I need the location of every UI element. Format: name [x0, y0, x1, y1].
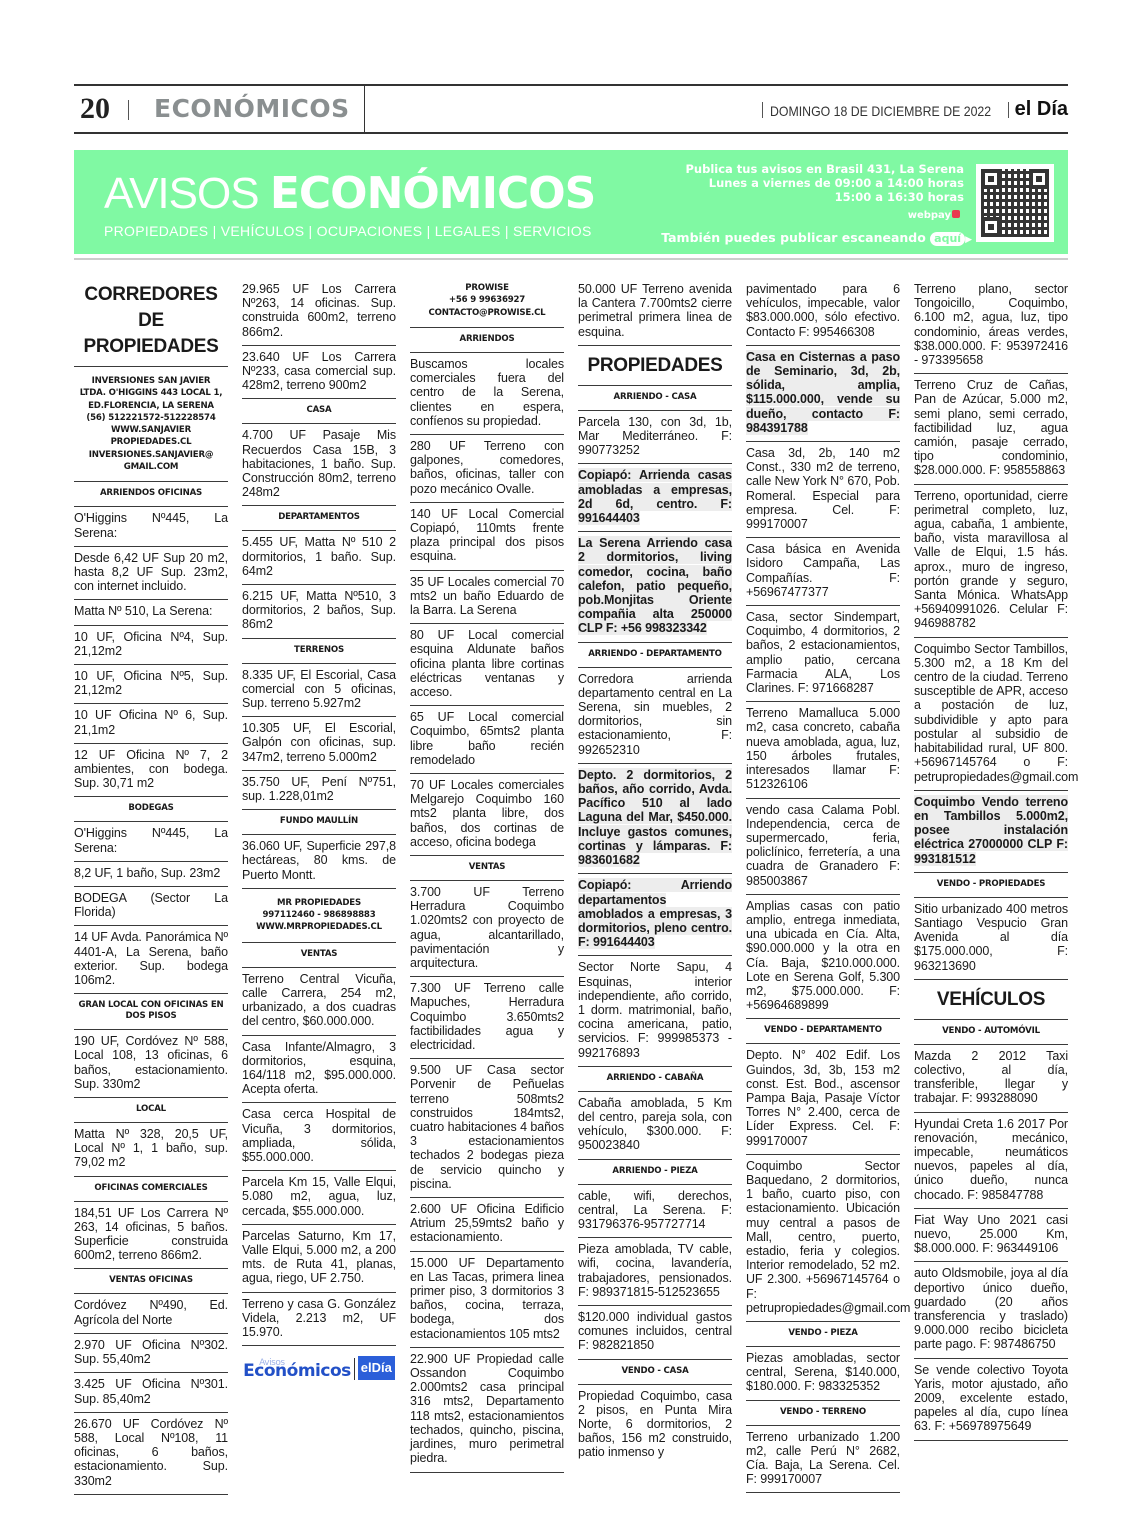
listing: O'Higgins Nº445, La Serena: [74, 822, 228, 861]
banner-title: AVISOS ECONÓMICOS [104, 168, 595, 219]
listing: Desde 6,42 UF Sup 20 m2, hasta 8,2 UF Su… [74, 547, 228, 601]
banner-categories: PROPIEDADES | VEHÍCULOS | OCUPACIONES | … [104, 223, 592, 239]
section-heading: PROPIEDADES [578, 346, 732, 386]
category-header: ARRIENDOS [410, 328, 564, 353]
listing: Parcela Km 15, Valle Elqui, 5.080 m2, ag… [242, 1171, 396, 1225]
category-header: ARRIENDO - DEPARTAMENTO [578, 643, 732, 668]
featured-listing: Depto. 2 dormitorios, 2 baños, año corri… [578, 764, 732, 874]
listing: 23.640 UF Los Carrera Nº233, casa comerc… [242, 346, 396, 400]
column-1: CORREDORES DE PROPIEDADES INVERSIONES SA… [74, 282, 228, 1495]
section-title: ECONÓMICOS [154, 94, 350, 123]
listing: 5.455 UF, Matta Nº 510 2 dormitorios, 1 … [242, 531, 396, 585]
agency-contact: INVERSIONES SAN JAVIER LTDA. O'HIGGINS 4… [74, 367, 228, 482]
category-header: ARRIENDO - PIEZA [578, 1160, 732, 1185]
category-header: CASA [242, 399, 396, 424]
category-header: LOCAL [74, 1098, 228, 1123]
listing: Pieza amoblada, TV cable, wifi, cocina, … [578, 1238, 732, 1306]
listing: Fiat Way Uno 2021 casi nuevo, 25.000 Km,… [914, 1209, 1068, 1263]
listing: Terreno urbanizado 1.200 m2, calle Perú … [746, 1426, 900, 1494]
banner-office-info: Publica tus avisos en Brasil 431, La Ser… [685, 162, 964, 204]
listing: Sector Norte Sapu, 4 Esquinas, interior … [578, 956, 732, 1066]
listing: 2.970 UF Oficina Nº302. Sup. 55,40m2 [74, 1334, 228, 1373]
column-2: 29.965 UF Los Carrera Nº263, 14 oficinas… [242, 282, 396, 1380]
category-header: VENDO - CASA [578, 1360, 732, 1385]
listing: Hyundai Creta 1.6 2017 Por renovación, m… [914, 1113, 1068, 1209]
listing: 15.000 UF Departamento en Las Tacas, pri… [410, 1252, 564, 1348]
category-header: VENDO - PROPIEDADES [914, 873, 1068, 898]
category-header: DEPARTAMENTOS [242, 506, 396, 531]
page-masthead: 20 ECONÓMICOS DOMINGO 18 DE DICIEMBRE DE… [74, 84, 1068, 134]
featured-listing: Copiapó: Arriendo departamentos amoblado… [578, 874, 732, 956]
category-header: VENDO - DEPARTAMENTO [746, 1019, 900, 1044]
listing: pavimentado para 6 vehículos, impecable,… [746, 282, 900, 346]
listing: 14 UF Avda. Panorámica Nº 4401-A, La Ser… [74, 926, 228, 994]
category-header: VENDO - PIEZA [746, 1322, 900, 1347]
category-header: VENDO - TERRENO [746, 1401, 900, 1426]
divider [354, 1358, 355, 1380]
listing: vendo casa Calama Pobl. Independencia, c… [746, 799, 900, 895]
listing: 70 UF Locales comerciales Melgarejo Coqu… [410, 774, 564, 856]
listing: Terreno, oportunidad, cierre perimetral … [914, 485, 1068, 638]
listing: Casa, sector Sindempart, Coquimbo, 4 dor… [746, 606, 900, 702]
listing: 140 UF Local Comercial Copiapó, 110mts f… [410, 503, 564, 571]
featured-listing: La Serena Arriendo casa 2 dormitorios, l… [578, 532, 732, 642]
listing: Casa Infante/Almagro, 3 dormitorios, esq… [242, 1036, 396, 1104]
category-header: VENTAS OFICINAS [74, 1269, 228, 1294]
listing: 65 UF Local comercial Coquimbo, 65mts2 p… [410, 706, 564, 774]
publication-date: DOMINGO 18 DE DICIEMBRE DE 2022 [770, 103, 991, 119]
featured-listing: Coquimbo Vendo terreno en Tambillos 5.00… [914, 791, 1068, 873]
listing: 8,2 UF, 1 baño, Sup. 23m2 [74, 862, 228, 887]
category-header: GRAN LOCAL CON OFICINAS EN DOS PISOS [74, 994, 228, 1030]
category-header: ARRIENDO - CABAÑA [578, 1067, 732, 1092]
section-heading: VEHÍCULOS [914, 980, 1068, 1020]
featured-listing: Copiapó: Arrienda casas amobladas a empr… [578, 464, 732, 532]
category-header: TERRENOS [242, 639, 396, 664]
listing: 35 UF Locales comercial 70 mts2 un baño … [410, 571, 564, 625]
page-number: 20 [80, 92, 110, 126]
listing: Parcelas Saturno, Km 17, Valle Elqui, 5.… [242, 1225, 396, 1293]
listing: 26.670 UF Cordóvez Nº 588, Local Nº108, … [74, 1413, 228, 1495]
divider [74, 258, 1068, 260]
listing: 10 UF, Oficina Nº5, Sup. 21,12m2 [74, 665, 228, 704]
listing: Terreno plano, sector Tongoicillo, Coqui… [914, 282, 1068, 374]
aqui-button[interactable]: aquí [930, 232, 965, 246]
listing: 280 UF Terreno con galpones, comedores, … [410, 435, 564, 503]
newspaper-logo: el Día [1015, 98, 1068, 121]
qr-code-icon[interactable] [976, 164, 1054, 242]
listing: Terreno Mamalluca 5.000 m2, casa concret… [746, 702, 900, 798]
listing: Corredora arrienda departamento central … [578, 668, 732, 764]
webpay-icon [952, 210, 960, 218]
listing: Buscamos locales comerciales fuera del c… [410, 353, 564, 435]
listing: 12 UF Oficina Nº 7, 2 ambientes, con bod… [74, 744, 228, 798]
agency-contact: MR PROPIEDADES 997112460 - 986898883 WWW… [242, 889, 396, 943]
el-dia-logo: elDía [358, 1356, 395, 1380]
classifieds-banner: AVISOS ECONÓMICOS PROPIEDADES | VEHÍCULO… [74, 150, 1068, 254]
listing: Cordóvez Nº490, Ed. Agrícola del Norte [74, 1294, 228, 1333]
webpay-logo: webpay [908, 210, 960, 221]
listing: cable, wifi, derechos, central, La Seren… [578, 1185, 732, 1239]
listing: Terreno Cruz de Cañas, Pan de Azúcar, 5.… [914, 374, 1068, 484]
column-3: PROWISE +56 9 99636927 CONTACTO@PROWISE.… [410, 282, 564, 1473]
category-header: FUNDO MAULLÍN [242, 810, 396, 835]
listing: Se vende colectivo Toyota Yaris, motor a… [914, 1359, 1068, 1441]
scan-prompt: También puedes publicar escaneando aquí▶ [661, 230, 972, 246]
listing: 35.750 UF, Pení Nº751, sup. 1.228,01m2 [242, 771, 396, 810]
listing: 3.700 UF Terreno Herradura Coquimbo 1.02… [410, 881, 564, 977]
listing: 4.700 UF Pasaje Mis Recuerdos Casa 15B, … [242, 424, 396, 506]
category-header: ARRIENDO - CASA [578, 386, 732, 411]
listing: Cabaña amoblada, 5 Km del centro, pareja… [578, 1092, 732, 1160]
listing: 7.300 UF Terreno calle Mapuches, Herradu… [410, 977, 564, 1059]
listing: 184,51 UF Los Carrera Nº 263, 14 oficina… [74, 1202, 228, 1270]
listing: 10 UF Oficina Nº 6, Sup. 21,1m2 [74, 704, 228, 743]
listing: 10.305 UF, El Escorial, Galpón con ofici… [242, 717, 396, 771]
listing: Matta Nº 328, 20,5 UF, Local Nº 1, 1 bañ… [74, 1123, 228, 1177]
listing: Coquimbo Sector Baquedano, 2 dormitorios… [746, 1155, 900, 1322]
column-5: pavimentado para 6 vehículos, impecable,… [746, 282, 900, 1493]
listing: 22.900 UF Propiedad calle Ossandon Coqui… [410, 1348, 564, 1473]
listing: 3.425 UF Oficina Nº301. Sup. 85,40m2 [74, 1373, 228, 1412]
category-header: VENDO - AUTOMÓVIL [914, 1020, 1068, 1045]
category-header: VENTAS [410, 856, 564, 881]
listing: 9.500 UF Casa sector Porvenir de Peñuela… [410, 1059, 564, 1198]
section-heading: CORREDORES DE PROPIEDADES [74, 282, 228, 367]
listing: Coquimbo Sector Tambillos, 5.300 m2, a 1… [914, 638, 1068, 791]
listing: Piezas amobladas, sector central, Serena… [746, 1347, 900, 1401]
avisos-economicos-logo: AvisosEconómicos elDía [242, 1356, 396, 1380]
divider [762, 102, 763, 118]
divider [128, 100, 129, 120]
listing: 10 UF, Oficina Nº4, Sup. 21,12m2 [74, 626, 228, 665]
listing: Casa cerca Hospital de Vicuña, 3 dormito… [242, 1103, 396, 1171]
listing: BODEGA (Sector La Florida) [74, 887, 228, 926]
arrow-right-icon: ▶ [965, 235, 972, 245]
agency-contact: PROWISE +56 9 99636927 CONTACTO@PROWISE.… [410, 282, 564, 328]
column-6: Terreno plano, sector Tongoicillo, Coqui… [914, 282, 1068, 1441]
divider [1008, 102, 1009, 118]
category-header: BODEGAS [74, 797, 228, 822]
category-header: VENTAS [242, 943, 396, 968]
featured-listing: Casa en Cisternas a paso de Seminario, 3… [746, 346, 900, 442]
listing: 8.335 UF, El Escorial, Casa comercial co… [242, 664, 396, 718]
column-4: 50.000 UF Terreno avenida la Cantera 7.7… [578, 282, 732, 1466]
listing: auto Oldsmobile, joya al día deportivo ú… [914, 1262, 1068, 1358]
listing: Parcela 130, con 3d, 1b, Mar Mediterráne… [578, 411, 732, 465]
listing: Casa básica en Avenida Isidoro Campaña, … [746, 538, 900, 606]
listing: Propiedad Coquimbo, casa 2 pisos, en Pun… [578, 1385, 732, 1466]
listing: 50.000 UF Terreno avenida la Cantera 7.7… [578, 282, 732, 346]
listing: 80 UF Local comercial esquina Aldunate b… [410, 624, 564, 706]
listing: Sitio urbanizado 400 metros Santiago Ves… [914, 898, 1068, 980]
listing: 2.600 UF Oficina Edificio Atrium 25,59mt… [410, 1198, 564, 1252]
listing: Terreno Central Vicuña, calle Carrera, 2… [242, 968, 396, 1036]
listing: 6.215 UF, Matta Nº510, 3 dormitorios, 2 … [242, 585, 396, 639]
listing: 190 UF, Cordóvez Nº 588, Local 108, 13 o… [74, 1030, 228, 1098]
listing: $120.000 individual gastos comunes inclu… [578, 1306, 732, 1360]
category-header: OFICINAS COMERCIALES [74, 1177, 228, 1202]
category-header: ARRIENDOS OFICINAS [74, 482, 228, 507]
divider [364, 84, 365, 134]
listing: Matta Nº 510, La Serena: [74, 600, 228, 625]
listing: 29.965 UF Los Carrera Nº263, 14 oficinas… [242, 282, 396, 346]
listing: Amplias casas con patio amplio, entrega … [746, 895, 900, 1020]
listing: O'Higgins Nº445, La Serena: [74, 507, 228, 546]
listing: 36.060 UF, Superficie 297,8 hectáreas, 8… [242, 835, 396, 889]
listing: Depto. N° 402 Edif. Los Guindos, 3d, 3b,… [746, 1044, 900, 1154]
listing: Casa 3d, 2b, 140 m2 Const., 330 m2 de te… [746, 442, 900, 538]
listing: Mazda 2 2012 Taxi colectivo, al día, tra… [914, 1045, 1068, 1113]
listing: Terreno y casa G. González Videla, 2.213… [242, 1293, 396, 1347]
